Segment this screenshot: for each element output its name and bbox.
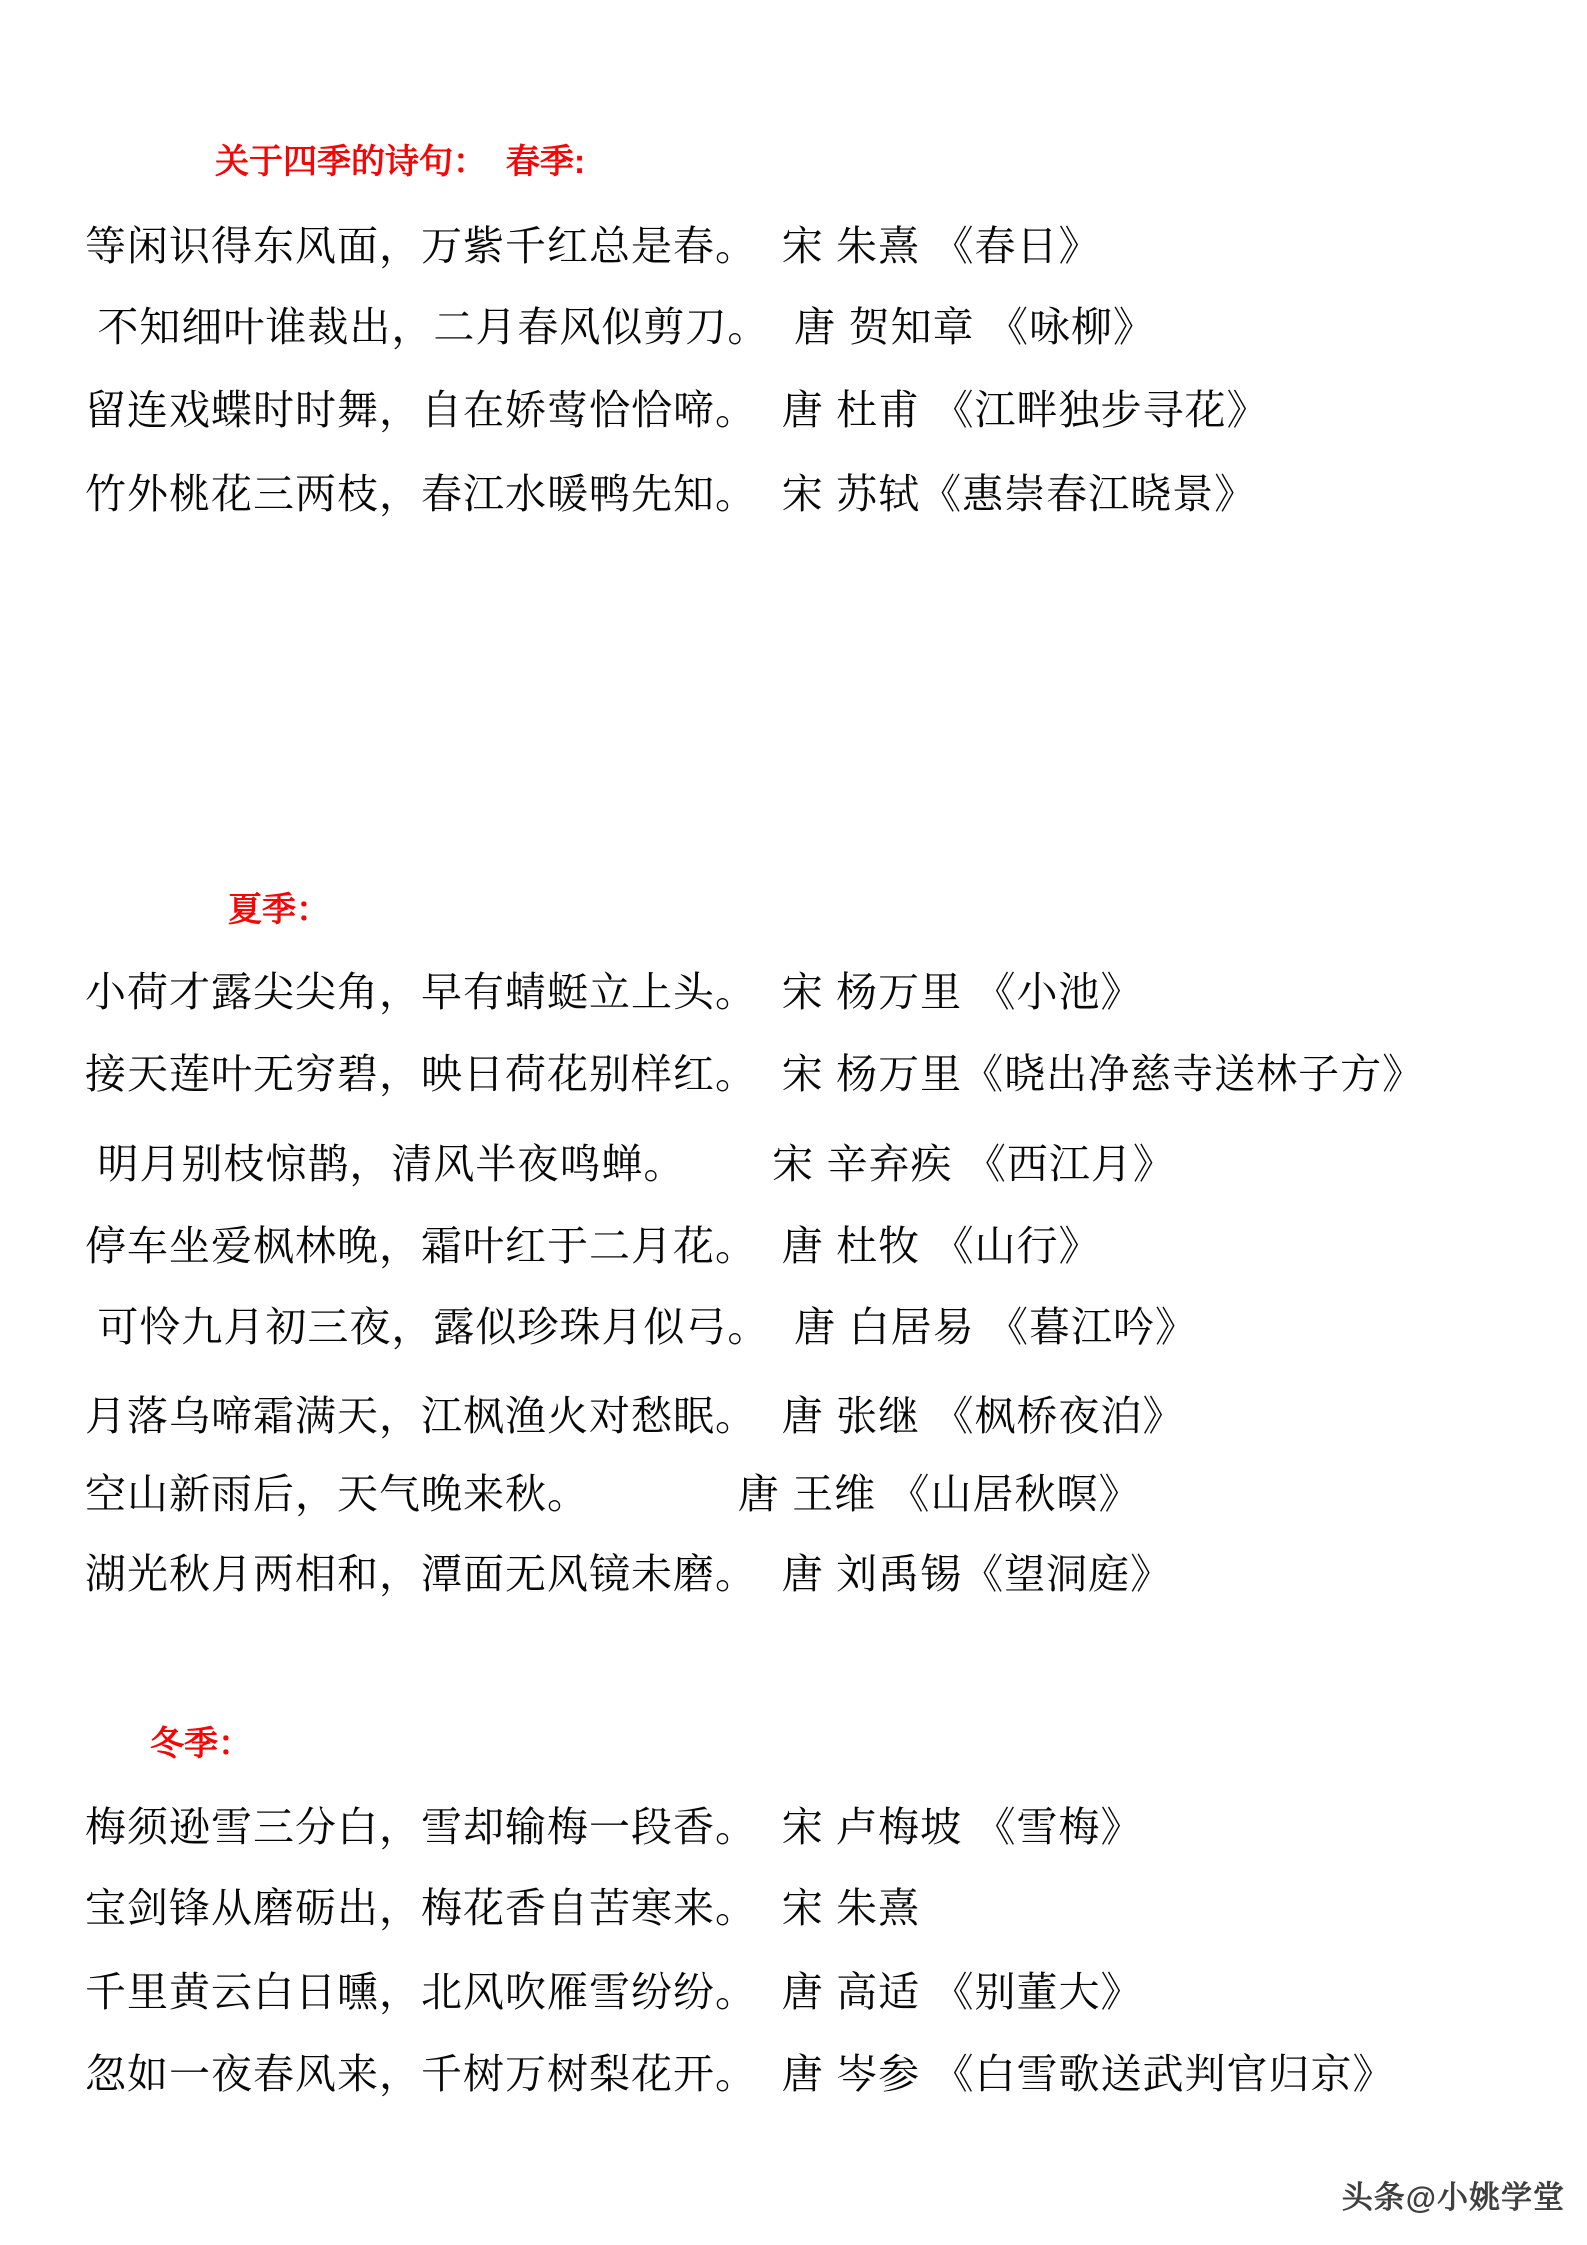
poem-line-winter-4: 忽如一夜春风来，千树万树梨花开。 唐 岑参 《白雪歌送武判官归京》: [85, 2050, 1587, 2098]
poem-line-summer-4: 停车坐爱枫林晚，霜叶红于二月花。 唐 杜牧 《山行》: [85, 1222, 1587, 1270]
poem-line-summer-1: 小荷才露尖尖角，早有蜻蜓立上头。 宋 杨万里 《小池》: [85, 968, 1587, 1016]
document-page: 关于四季的诗句： 春季: 等闲识得东风面，万紫千红总是春。 宋 朱熹 《春日》 …: [0, 0, 1587, 2245]
watermark-label: 头条@小姚学堂: [1342, 2172, 1565, 2217]
poem-line-summer-8: 湖光秋月两相和，潭面无风镜未磨。 唐 刘禹锡《望洞庭》: [85, 1550, 1587, 1598]
poem-line-summer-2: 接天莲叶无穷碧，映日荷花别样红。 宋 杨万里《晓出净慈寺送林子方》: [85, 1050, 1587, 1098]
poem-line-winter-1: 梅须逊雪三分白，雪却输梅一段香。 宋 卢梅坡 《雪梅》: [85, 1803, 1587, 1851]
poem-line-winter-3: 千里黄云白日曛，北风吹雁雪纷纷。 唐 高适 《别董大》: [85, 1968, 1587, 2016]
poem-line-summer-5: 可怜九月初三夜，露似珍珠月似弓。 唐 白居易 《暮江吟》: [85, 1303, 1587, 1351]
poem-line-winter-2: 宝剑锋从磨砺出，梅花香自苦寒来。 宋 朱熹: [85, 1884, 1587, 1932]
poem-line-spring-2: 不知细叶谁裁出，二月春风似剪刀。 唐 贺知章 《咏柳》: [85, 303, 1587, 351]
poem-line-summer-7: 空山新雨后，天气晚来秋。 唐 王维 《山居秋暝》: [85, 1470, 1587, 1518]
poem-line-summer-3: 明月别枝惊鹊，清风半夜鸣蝉。 宋 辛弃疾 《西江月》: [85, 1140, 1587, 1188]
poem-line-summer-6: 月落乌啼霜满天，江枫渔火对愁眠。 唐 张继 《枫桥夜泊》: [85, 1392, 1587, 1440]
section-heading-winter: 冬季：: [150, 1722, 1587, 1766]
document-title: 关于四季的诗句： 春季:: [215, 140, 1587, 184]
poem-line-spring-3: 留连戏蝶时时舞，自在娇莺恰恰啼。 唐 杜甫 《江畔独步寻花》: [85, 386, 1587, 434]
poem-line-spring-1: 等闲识得东风面，万紫千红总是春。 宋 朱熹 《春日》: [85, 222, 1587, 270]
poem-line-spring-4: 竹外桃花三两枝，春江水暖鸭先知。 宋 苏轼《惠崇春江晓景》: [85, 470, 1587, 518]
section-heading-summer: 夏季：: [228, 888, 1587, 932]
